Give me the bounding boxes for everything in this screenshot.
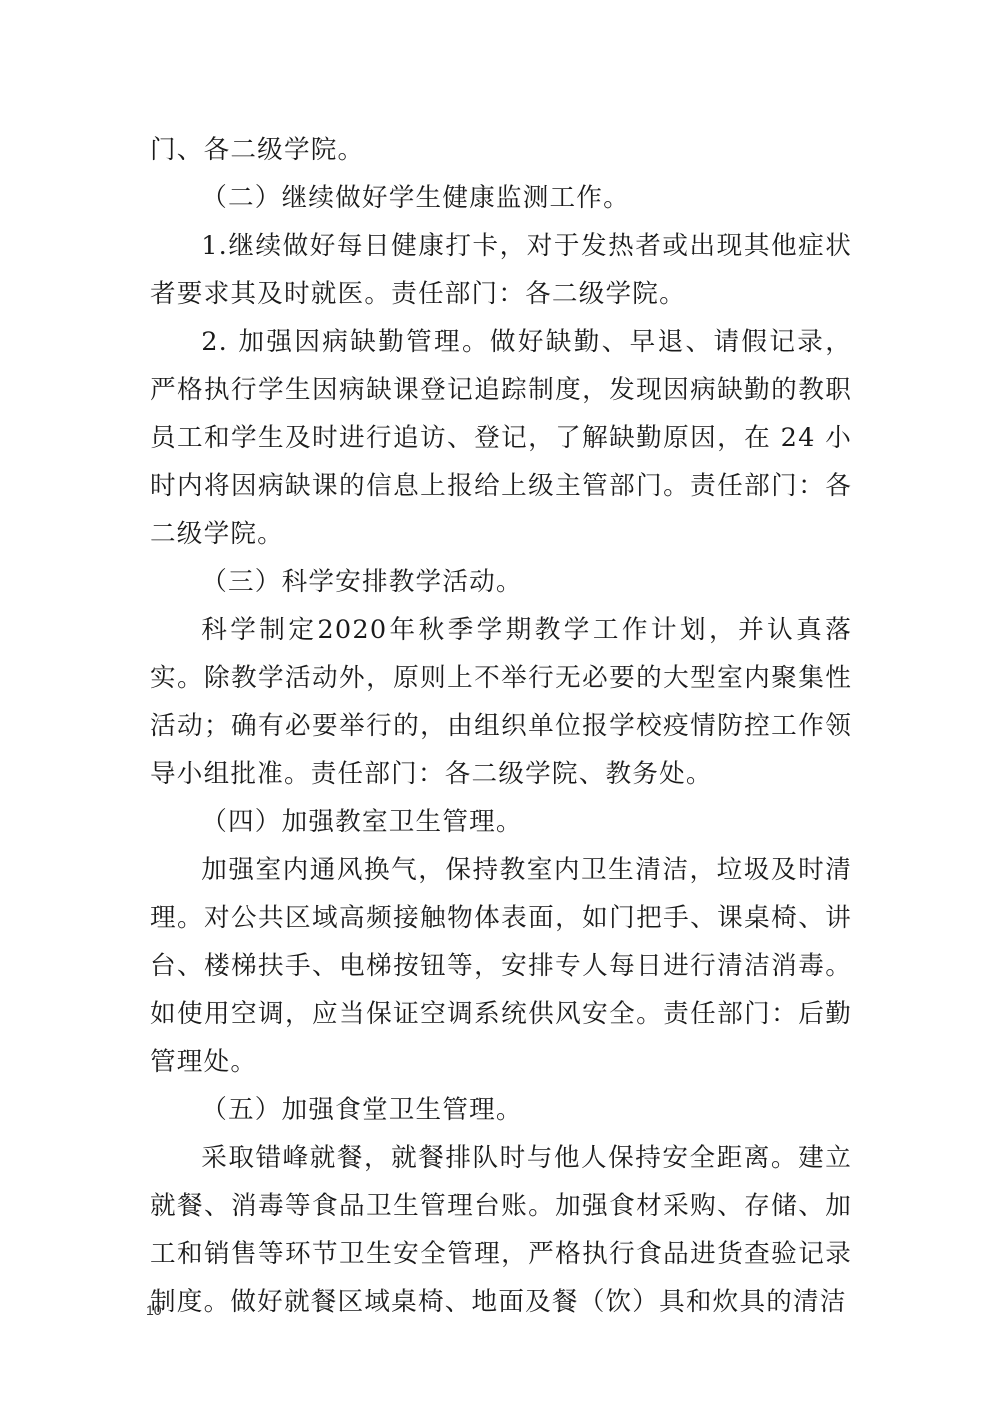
section-heading-5: （五）加强食堂卫生管理。 [150, 1086, 852, 1134]
paragraph-canteen-hygiene: 采取错峰就餐，就餐排队时与他人保持安全距离。建立就餐、消毒等食品卫生管理台账。加… [150, 1134, 852, 1326]
page-number: 10 [146, 1302, 162, 1318]
section-heading-3: （三）科学安排教学活动。 [150, 558, 852, 606]
paragraph-classroom-hygiene: 加强室内通风换气，保持教室内卫生清洁，垃圾及时清理。对公共区域高频接触物体表面，… [150, 846, 852, 1086]
document-page: 门、各二级学院。 （二）继续做好学生健康监测工作。 1.继续做好每日健康打卡，对… [0, 0, 1000, 1414]
section-heading-2: （二）继续做好学生健康监测工作。 [150, 174, 852, 222]
paragraph-continuation: 门、各二级学院。 [150, 126, 852, 174]
paragraph-teaching-plan: 科学制定2020年秋季学期教学工作计划，并认真落实。除教学活动外，原则上不举行无… [150, 606, 852, 798]
paragraph-sick-absence: 2. 加强因病缺勤管理。做好缺勤、早退、请假记录，严格执行学生因病缺课登记追踪制… [150, 318, 852, 558]
section-heading-4: （四）加强教室卫生管理。 [150, 798, 852, 846]
paragraph-health-checkin: 1.继续做好每日健康打卡，对于发热者或出现其他症状者要求其及时就医。责任部门：各… [150, 222, 852, 318]
page-content: 门、各二级学院。 （二）继续做好学生健康监测工作。 1.继续做好每日健康打卡，对… [150, 126, 852, 1326]
